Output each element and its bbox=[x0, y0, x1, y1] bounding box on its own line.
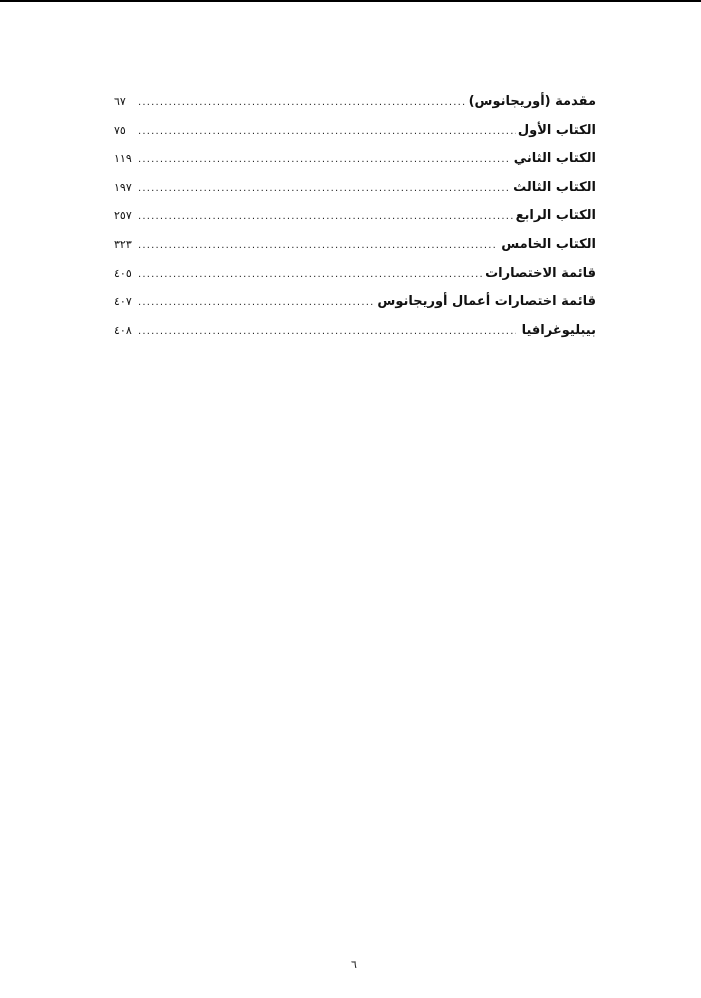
toc-entry-page: ٤٠٨ bbox=[114, 321, 136, 341]
toc-dot-leader: ........................................… bbox=[138, 265, 483, 285]
toc-entry-book-1[interactable]: الكتاب الأول ...........................… bbox=[114, 121, 596, 150]
toc-entry-page: ٣٢٣ bbox=[114, 235, 136, 255]
toc-entry-title: الكتاب الأول bbox=[518, 121, 596, 141]
toc-entry-title: قائمة اختصارات أعمال أوريجانوس bbox=[377, 292, 596, 312]
toc-entry-page: ١١٩ bbox=[114, 149, 136, 169]
toc-dot-leader: ........................................… bbox=[138, 293, 375, 313]
toc-entry-title: مقدمة (أوريجانوس) bbox=[469, 92, 596, 112]
toc-entry-title: الكتاب الثالث bbox=[513, 178, 596, 198]
toc-entry-page: ٧٥ bbox=[114, 121, 136, 141]
toc-entry-page: ٢٥٧ bbox=[114, 206, 136, 226]
table-of-contents: مقدمة (أوريجانوس) ......................… bbox=[114, 92, 596, 349]
toc-dot-leader: ........................................… bbox=[138, 179, 511, 199]
toc-entry-title: الكتاب الخامس bbox=[501, 235, 596, 255]
toc-entry-abbreviations[interactable]: قائمة الاختصارات .......................… bbox=[114, 264, 596, 293]
toc-dot-leader: ........................................… bbox=[138, 322, 516, 342]
toc-dot-leader: ........................................… bbox=[138, 93, 467, 113]
toc-dot-leader: ........................................… bbox=[138, 207, 514, 227]
toc-entry-origen-works-abbreviations[interactable]: قائمة اختصارات أعمال أوريجانوس .........… bbox=[114, 292, 596, 321]
toc-entry-page: ٦٧ bbox=[114, 92, 136, 112]
toc-entry-title: بيبليوغرافيا bbox=[522, 321, 596, 341]
toc-entry-page: ٤٠٧ bbox=[114, 292, 136, 312]
toc-dot-leader: ........................................… bbox=[138, 150, 508, 170]
toc-entry-book-2[interactable]: الكتاب الثاني ..........................… bbox=[114, 149, 596, 178]
footer-page-number: ٦ bbox=[351, 958, 357, 971]
toc-dot-leader: ........................................… bbox=[138, 236, 495, 256]
toc-entry-page: ٤٠٥ bbox=[114, 264, 136, 284]
toc-dot-leader: ........................................… bbox=[138, 122, 516, 142]
toc-entry-introduction[interactable]: مقدمة (أوريجانوس) ......................… bbox=[114, 92, 596, 121]
toc-entry-book-3[interactable]: الكتاب الثالث ..........................… bbox=[114, 178, 596, 207]
toc-entry-title: قائمة الاختصارات bbox=[485, 264, 596, 284]
toc-entry-title: الكتاب الرابع bbox=[516, 206, 596, 226]
top-border-line bbox=[0, 0, 701, 2]
toc-entry-bibliography[interactable]: بيبليوغرافيا ...........................… bbox=[114, 321, 596, 350]
toc-entry-page: ١٩٧ bbox=[114, 178, 136, 198]
toc-entry-book-5[interactable]: الكتاب الخامس ..........................… bbox=[114, 235, 596, 264]
toc-entry-title: الكتاب الثاني bbox=[514, 149, 596, 169]
toc-entry-book-4[interactable]: الكتاب الرابع ..........................… bbox=[114, 206, 596, 235]
